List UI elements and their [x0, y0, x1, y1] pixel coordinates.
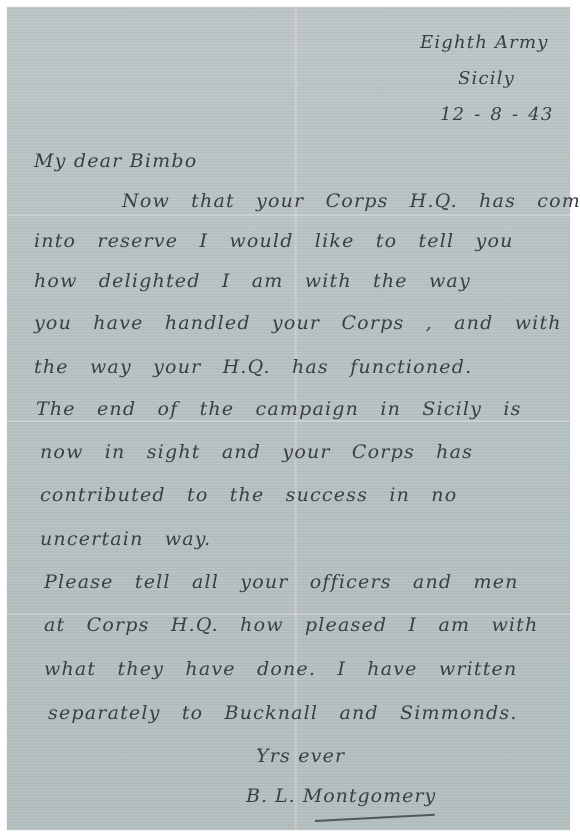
letter-body-line: into reserve I would like to tell you	[34, 230, 514, 252]
letter-body-line: separately to Bucknall and Simmonds.	[48, 702, 518, 724]
letter-signature: B. L. Montgomery	[246, 785, 436, 807]
letter-body-line: contributed to the success in no	[40, 484, 457, 506]
letter-body-line: what they have done. I have written	[44, 658, 517, 680]
letter-body-line: Please tell all your officers and men	[44, 571, 519, 593]
letter-body-line: Now that your Corps H.Q. has come	[122, 190, 580, 212]
letter-closing: Yrs ever	[256, 745, 345, 767]
horizontal-fold-crease	[7, 213, 570, 217]
letter-date: 12 - 8 - 43	[440, 104, 554, 125]
letter-body-line: how delighted I am with the way	[34, 270, 471, 292]
letter-body-line: at Corps H.Q. how pleased I am with	[44, 614, 538, 636]
letter-body-line: uncertain way.	[40, 528, 211, 550]
letter-header-location: Sicily	[458, 68, 515, 89]
letter-header-unit: Eighth Army	[420, 32, 549, 53]
letter-salutation: My dear Bimbo	[34, 150, 197, 172]
letter-body-line: The end of the campaign in Sicily is	[36, 398, 522, 420]
letter-body-line: now in sight and your Corps has	[40, 441, 473, 463]
letter-body-line: you have handled your Corps , and with	[34, 312, 562, 334]
letter-body-line: the way your H.Q. has functioned.	[34, 356, 472, 378]
